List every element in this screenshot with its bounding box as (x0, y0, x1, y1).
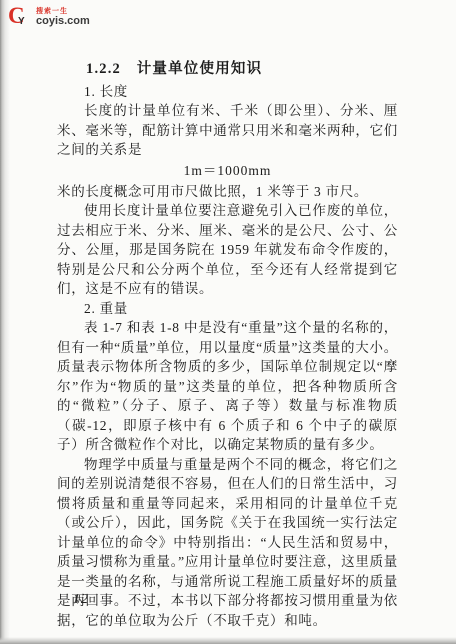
paragraph-meter-chi: 米的长度概念可用市尺做比照，1 米等于 3 市尺。 (57, 182, 398, 202)
paragraph-mass-definition: 表 1-7 和表 1-8 中是没有“重量”这个量的名称的，但有一种“质量”单位，… (57, 318, 398, 455)
watermark-text: 搜索一生 coyis.com (36, 6, 90, 28)
subsection-1-title: 1. 长度 (57, 82, 398, 102)
paragraph-obsolete-units: 使用长度计量单位要注意避免引入已作废的单位，过去相应于米、分米、厘米、毫米的是公… (57, 201, 398, 299)
scan-edge-bottom (0, 637, 456, 644)
scan-edge-left (0, 0, 10, 644)
section-heading: 1.2.2 计量单位使用知识 (57, 60, 398, 80)
page-content: 1.2.2 计量单位使用知识 1. 长度 长度的计量单位有米、千米（即公里）、分… (57, 60, 398, 630)
equation-meter-millimeter: 1m＝1000mm (57, 160, 398, 182)
watermark-site-name: coyis.com (36, 15, 90, 28)
logo-letter-y: Y (18, 16, 25, 27)
scanned-book-page: C Y 搜索一生 coyis.com 1.2.2 计量单位使用知识 1. 长度 … (0, 0, 456, 644)
paragraph-length-intro: 长度的计量单位有米、千米（即公里）、分米、厘米、毫米等，配筋计算中通常只用米和毫… (57, 101, 398, 160)
paragraph-mass-vs-weight: 物理学中质量与重量是两个不同的概念，将它们之间的差别说清楚很不容易，但在人们的日… (57, 455, 398, 631)
coyis-watermark: C Y 搜索一生 coyis.com (8, 6, 90, 30)
coyis-logo-icon: C Y (8, 6, 32, 30)
subsection-2-title: 2. 重量 (57, 299, 398, 319)
page-number: 12 (73, 592, 89, 608)
watermark-slogan: 搜索一生 (36, 7, 90, 15)
